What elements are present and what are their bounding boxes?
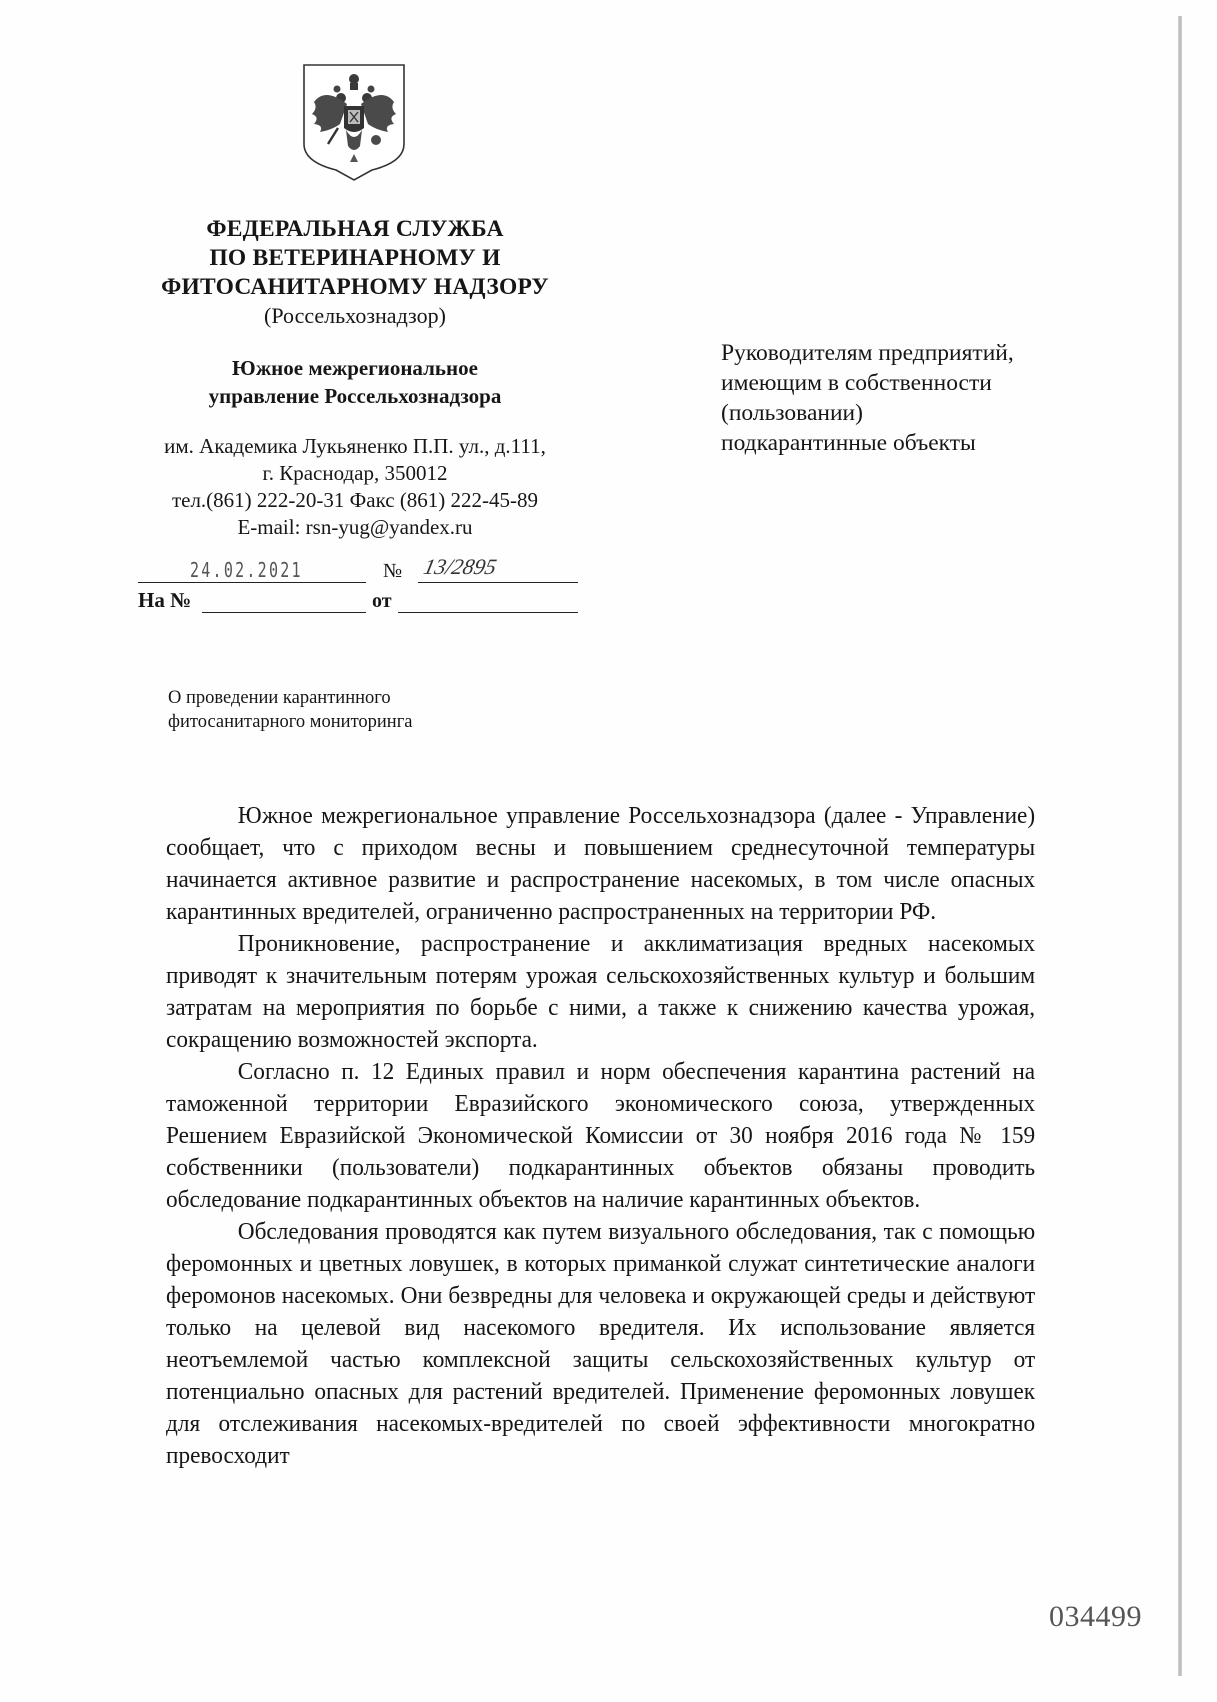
- page-code: 034499: [1049, 1600, 1142, 1634]
- org-name-line-1: ФЕДЕРАЛЬНАЯ СЛУЖБА: [130, 215, 580, 244]
- department-line-1: Южное межрегиональное: [130, 354, 580, 382]
- addressee-line-2: имеющим в собственности: [721, 368, 1151, 398]
- addressee-line-3: (пользовании): [721, 398, 1151, 428]
- org-short-name: (Россельхознадзор): [130, 302, 580, 330]
- department-line-2: управление Россельхознадзора: [130, 382, 580, 410]
- body-paragraph: Обследования проводятся как путем визуал…: [166, 1216, 1035, 1472]
- department-name: Южное межрегиональное управление Россель…: [130, 354, 580, 410]
- address-city: г. Краснодар, 350012: [130, 460, 580, 487]
- address-email: E-mail: rsn-yug@yandex.ru: [130, 514, 580, 541]
- from-label: от: [372, 590, 392, 613]
- body-paragraph: Южное межрегиональное управление Россель…: [166, 800, 1035, 928]
- outgoing-number: 13/2895: [421, 554, 499, 580]
- reply-number-underline: [202, 587, 366, 613]
- reply-to-label: На №: [138, 588, 191, 613]
- letterhead: ФЕДЕРАЛЬНАЯ СЛУЖБА ПО ВЕТЕРИНАРНОМУ И ФИ…: [130, 215, 580, 541]
- registration-row-outgoing: 24.02.2021 № 13/2895: [138, 555, 578, 585]
- reply-date-underline: [398, 587, 578, 613]
- address-block: им. Академика Лукьяненко П.П. ул., д.111…: [130, 433, 580, 541]
- coat-of-arms-icon: [300, 62, 408, 182]
- subject-line-1: О проведении карантинного: [168, 686, 568, 710]
- subject-line-2: фитосанитарного мониторинга: [168, 710, 568, 734]
- scan-edge-line: [1178, 16, 1182, 1676]
- outgoing-date: 24.02.2021: [190, 558, 303, 582]
- org-name-line-3: ФИТОСАНИТАРНОМУ НАДЗОРУ: [130, 273, 580, 302]
- subject-block: О проведении карантинного фитосанитарног…: [168, 686, 568, 734]
- letter-body: Южное межрегиональное управление Россель…: [166, 800, 1035, 1472]
- addressee-line-1: Руководителям предприятий,: [721, 338, 1151, 368]
- org-name-line-2: ПО ВЕТЕРИНАРНОМУ И: [130, 244, 580, 273]
- body-paragraph: Согласно п. 12 Единых правил и норм обес…: [166, 1056, 1035, 1216]
- registration-row-reply: На № от: [138, 585, 578, 615]
- document-page: ФЕДЕРАЛЬНАЯ СЛУЖБА ПО ВЕТЕРИНАРНОМУ И ФИ…: [0, 0, 1217, 1702]
- address-phone-fax: тел.(861) 222-20-31 Факс (861) 222-45-89: [130, 487, 580, 514]
- registration-block: 24.02.2021 № 13/2895 На № от: [138, 555, 578, 615]
- address-street: им. Академика Лукьяненко П.П. ул., д.111…: [130, 433, 580, 460]
- addressee-block: Руководителям предприятий, имеющим в соб…: [721, 338, 1151, 458]
- addressee-line-4: подкарантинные объекты: [721, 428, 1151, 458]
- number-label: №: [383, 560, 402, 583]
- body-paragraph: Проникновение, распространение и акклима…: [166, 928, 1035, 1056]
